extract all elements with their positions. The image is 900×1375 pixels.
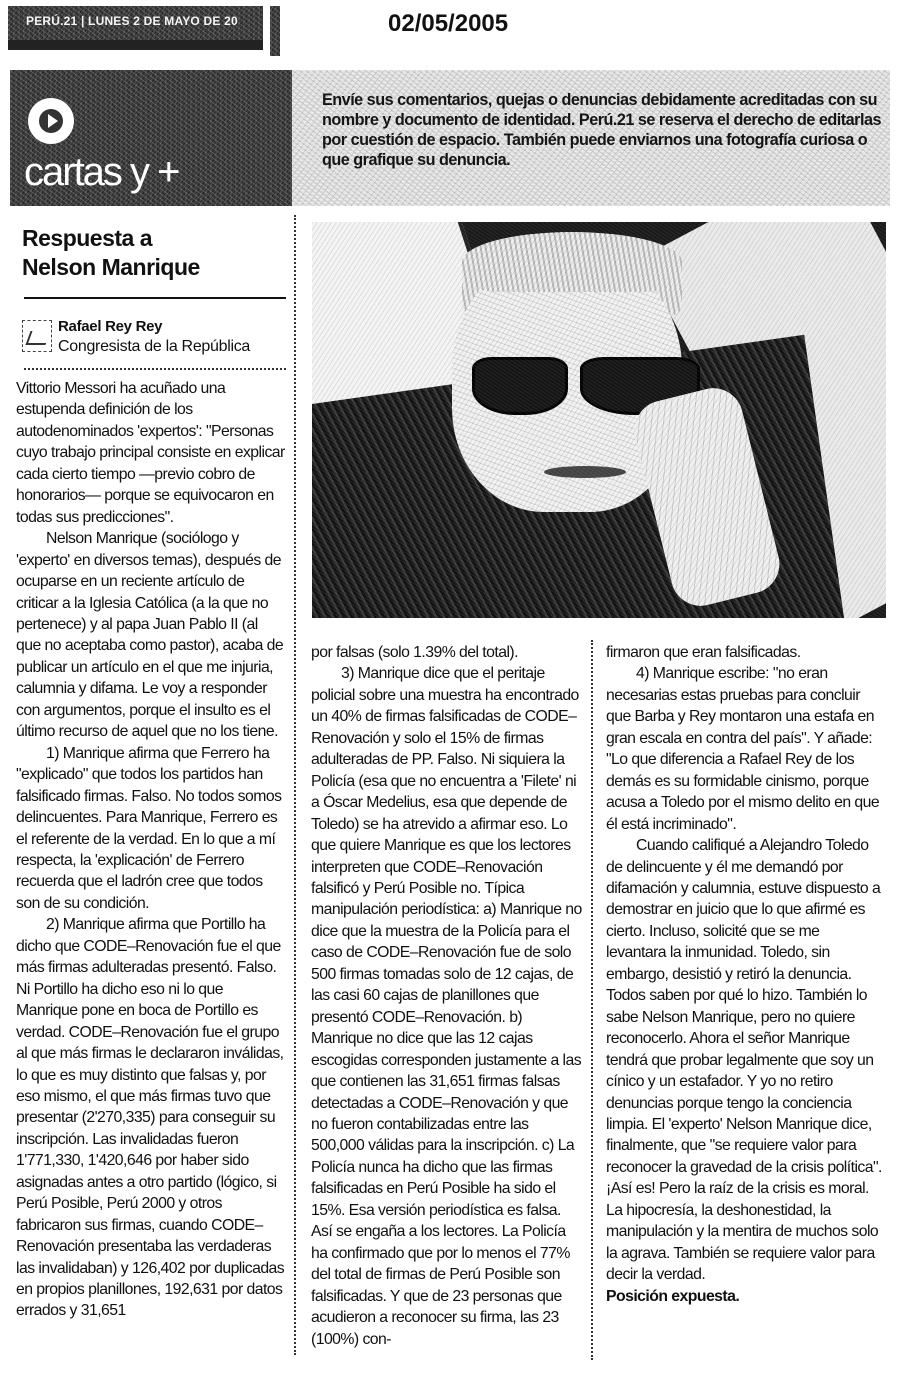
header-bar xyxy=(8,40,263,50)
paragraph: Cuando califiqué a Alejandro Toledo de d… xyxy=(606,835,882,1286)
article-headline: Respuesta a Nelson Manrique xyxy=(22,224,292,282)
paragraph: 2) Manrique afirma que Portillo ha dicho… xyxy=(16,914,286,1322)
author-role: Congresista de la República xyxy=(58,338,250,356)
author-signature-icon xyxy=(22,320,52,352)
article-column-1: Vittorio Messori ha acuñado una estupend… xyxy=(16,378,286,1322)
section-title: cartas y + xyxy=(24,150,179,195)
paragraph: Vittorio Messori ha acuñado una estupend… xyxy=(16,378,286,528)
article-column-3: firmaron que eran falsificadas. 4) Manri… xyxy=(606,642,882,1307)
author-name: Rafael Rey Rey xyxy=(58,318,162,335)
byline-rule xyxy=(24,368,286,370)
article-photo xyxy=(312,222,886,618)
paragraph: Nelson Manrique (sociólogo y 'experto' e… xyxy=(16,528,286,743)
section-banner-instructions-block: Envíe sus comentarios, quejas o denuncia… xyxy=(292,70,890,206)
closing-note: Posición expuesta. xyxy=(606,1286,882,1307)
section-banner: cartas y + Envíe sus comentarios, quejas… xyxy=(10,70,890,206)
paragraph: 3) Manrique dice que el peritaje policia… xyxy=(311,663,583,1350)
article-column-2: por falsas (solo 1.39% del total). 3) Ma… xyxy=(311,642,583,1350)
headline-rule xyxy=(24,297,286,299)
column-divider xyxy=(294,215,296,1355)
page-number-box xyxy=(270,6,280,56)
headline-line-2: Nelson Manrique xyxy=(22,253,292,282)
paragraph: por falsas (solo 1.39% del total). xyxy=(311,642,583,663)
column-divider xyxy=(591,640,593,1360)
publication-line: PERÚ.21 | LUNES 2 DE MAYO DE 20 xyxy=(26,14,238,28)
paragraph: firmaron que eran falsificadas. xyxy=(606,642,882,663)
paragraph: 4) Manrique escribe: "no eran necesarias… xyxy=(606,663,882,835)
play-circle-icon xyxy=(28,98,74,144)
submission-instructions: Envíe sus comentarios, quejas o denuncia… xyxy=(322,90,892,170)
photo-grain xyxy=(312,222,886,618)
date-stamp: 02/05/2005 xyxy=(388,10,508,38)
paragraph: 1) Manrique afirma que Ferrero ha "expli… xyxy=(16,743,286,915)
section-banner-title-block: cartas y + xyxy=(10,70,292,206)
publication-header-strip: PERÚ.21 | LUNES 2 DE MAYO DE 20 xyxy=(8,6,263,50)
headline-line-1: Respuesta a xyxy=(22,224,292,253)
byline: Rafael Rey Rey Congresista de la Repúbli… xyxy=(22,318,292,362)
